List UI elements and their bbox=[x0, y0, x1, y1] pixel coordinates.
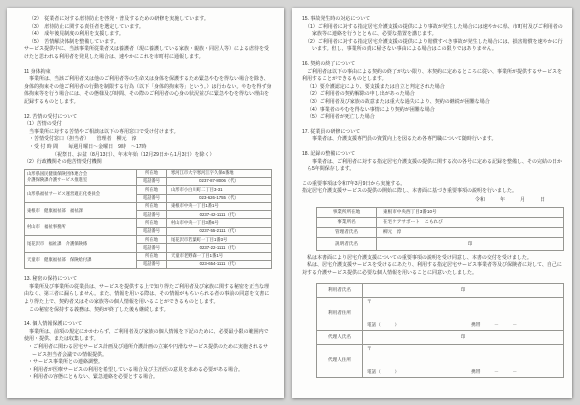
section-18-body: 事業者は、ご利用者に対する指定居宅介護支援の提供に関する次の各号に定める記録を整… bbox=[302, 159, 563, 174]
tel-value-cell: 0237-87-8006（代） bbox=[167, 177, 272, 185]
addr-value-cell: 村山市中央一丁目3番6号 bbox=[167, 219, 272, 227]
signature-table: 利用者氏名 印 利用者住所 〒 電話（ ） 携帯 － － 代理人氏名 bbox=[316, 283, 564, 378]
provider-value-cell: 在宅ケアサポート こもれび bbox=[377, 217, 564, 227]
agent-name-label-cell: 代理人氏名 bbox=[317, 330, 363, 344]
agency-row: 天童市 健康福祉部 保険給付課 所在地 天童市老野森一丁目1番1号 bbox=[25, 252, 272, 260]
postal-mark: 〒 bbox=[367, 299, 559, 306]
section-14-item: ・利用者の容態にともない、緊急連絡を必要とする場合。 bbox=[24, 374, 272, 382]
addr-value-cell: 東根市中央一丁目1番1号 bbox=[167, 202, 272, 210]
page-left: （2） 従業者に対する虐待防止を啓発・普及するための研修を実施しています。 （3… bbox=[7, 8, 284, 398]
section-13-title: 13. 秘密の保持について bbox=[24, 276, 272, 284]
mobile-blank-label: 携帯 － － bbox=[471, 322, 517, 329]
user-addr-label-cell: 利用者住所 bbox=[317, 297, 363, 330]
agency-org: 天童市 健康福祉部 保険給付課 bbox=[25, 252, 137, 269]
section-16-item: （2）ご利用者の契約解除の申し出があった場合 bbox=[302, 91, 563, 99]
addr-label-cell: 所在地 bbox=[137, 169, 167, 177]
section-13-p1: 事業所及び事業所の従業員は、サービスを提供する上で知り得たご利用者及び家族に関す… bbox=[24, 284, 272, 307]
agency-row: 尾花沢市 福祉課 介護保険係 所在地 尾花沢市若葉町一丁目1番3号 bbox=[25, 236, 272, 244]
section-12-sub2-title: （2）行政機関その他苦情受付機関 bbox=[24, 159, 272, 167]
agency-row: 山形県福祉サービス運営適正化委員会 所在地 山形市小白川町二丁目3-31 bbox=[25, 186, 272, 194]
provider-row: 事業所名 在宅ケアサポート こもれび bbox=[317, 217, 564, 227]
provider-label-cell: 説明者氏名 bbox=[317, 237, 377, 250]
section-14-title: 14. 個人情報保護について bbox=[24, 321, 272, 329]
provider-row: 説明者氏名 印 bbox=[317, 237, 564, 250]
provider-row: 事業所所在地 東根市中央西丁目3番10号 bbox=[317, 207, 564, 217]
complaint-window-line: ・苦情受付窓口（担当者） 管理者 柳元 淳 bbox=[24, 136, 272, 144]
section-14-intro: 事業所は、前項の規定にかかわらず、ご利用者及び家族の個人情報を下記のために、必要… bbox=[24, 329, 272, 344]
agency-row: 山形県国民健康保険団体連合会 介護保険課介護サービス推進室 所在地 寒河江市大字… bbox=[25, 169, 272, 177]
tel-value-cell: 023-654-1111（代） bbox=[167, 260, 272, 268]
agency-org: 尾花沢市 福祉課 介護保険係 bbox=[25, 236, 137, 253]
tel-value-cell: 023-626-1755（代） bbox=[167, 194, 272, 202]
agency-org: 山形県福祉サービス運営適正化委員会 bbox=[25, 186, 137, 203]
agent-addr-label-cell: 代理人住所 bbox=[317, 344, 363, 377]
tel-blank-label: 電話（ ） bbox=[367, 322, 399, 329]
provider-label-cell: 事業所所在地 bbox=[317, 207, 377, 217]
scanned-document-viewer: { "document": { "left_page": { "abuse_pr… bbox=[0, 0, 580, 405]
provider-label-cell: 事業所名 bbox=[317, 217, 377, 227]
addr-label-cell: 所在地 bbox=[137, 186, 167, 194]
signature-row: 利用者氏名 印 bbox=[317, 283, 564, 297]
tel-value-cell: 0237-42-1111（代） bbox=[167, 211, 272, 219]
section-15-item: （1）ご利用者に対する指定居宅介護支援の提供により事故が発生した場合には速やかに… bbox=[302, 24, 563, 39]
abuse-item: （4） 成年後見制度の利用を支援します。 bbox=[24, 31, 272, 39]
seal-mark: 印 bbox=[363, 283, 564, 297]
signature-row: 利用者住所 〒 電話（ ） 携帯 － － bbox=[317, 297, 564, 330]
postal-mark: 〒 bbox=[367, 346, 559, 353]
complaint-hours-note: （祝祭日、お盆（8月13日）、年末年始（12月29日から1月3日）を除く） bbox=[24, 152, 272, 160]
section-12-title: 12. 苦情の受付について bbox=[24, 114, 272, 122]
section-17-body: 事業者は、介護支援専門員の資質向上を図るため各専門職について随時行います。 bbox=[302, 136, 563, 144]
section-14-item: ・サービス事業所との連絡調整。 bbox=[24, 359, 272, 367]
tel-value-cell: 0237-22-1111（代） bbox=[167, 244, 272, 252]
page-right: 15. 事故発生時の対応について （1）ご利用者に対する指定居宅介護支援の提供に… bbox=[292, 8, 572, 398]
tel-label-cell: 電話番号 bbox=[137, 244, 167, 252]
tel-value-cell: 0237-55-2111（代） bbox=[167, 227, 272, 235]
section-15-item: （2）ご利用者に対する指定居宅介護支援の提供により賠償すべき事故が発生した場合に… bbox=[302, 39, 563, 54]
tel-label-cell: 電話番号 bbox=[137, 177, 167, 185]
addr-label-cell: 所在地 bbox=[137, 202, 167, 210]
section-11-body: 事業所は、当該ご利用者又は他のご利用者等の生命又は身体を保護するため緊急やむを得… bbox=[24, 76, 272, 106]
mobile-blank-label: 携帯 － － bbox=[471, 369, 517, 376]
addr-label-cell: 所在地 bbox=[137, 252, 167, 260]
tel-label-cell: 電話番号 bbox=[137, 194, 167, 202]
seal-mark: 印 bbox=[377, 237, 564, 250]
agency-table: 山形県国民健康保険団体連合会 介護保険課介護サービス推進室 所在地 寒河江市大字… bbox=[24, 169, 272, 270]
section-18-title: 18. 記録の整備について bbox=[302, 151, 563, 159]
addr-value-cell: 天童市老野森一丁目1番1号 bbox=[167, 252, 272, 260]
section-15-title: 15. 事故発生時の対応について bbox=[302, 16, 563, 24]
tel-blank-label: 電話（ ） bbox=[367, 369, 399, 376]
agency-org: 村山市 福祉事務所 bbox=[25, 219, 137, 236]
addr-value-cell: 尾花沢市若葉町一丁目1番3号 bbox=[167, 236, 272, 244]
provider-row: 管理者氏名 柳元 淳 bbox=[317, 227, 564, 237]
section-16-intro: ご利用者は以下の事由による契約の終了がない限り、本契約に定めるところに従い、事業… bbox=[302, 69, 563, 84]
abuse-note: サービス提供中に、当該事業所従業者又は養護者（現に養護している家族・親族・同居人… bbox=[24, 46, 272, 61]
section-16-item: （5）ご利用者が死亡した場合 bbox=[302, 114, 563, 122]
tel-label-cell: 電話番号 bbox=[137, 227, 167, 235]
section-12-sub1-title: （1）苦情の受付 bbox=[24, 121, 272, 129]
complaint-hours-line: ・受 付 時 間 毎週月曜日～金曜日 9時 ～17時 bbox=[24, 144, 272, 152]
provider-value-cell: 柳元 淳 bbox=[377, 227, 564, 237]
seal-mark: 印 bbox=[363, 330, 564, 344]
explanation-statement-line: 指定居宅介護支援サービスの提供の開始に際し、本書面に基づき重要事項の説明を行いま… bbox=[302, 188, 563, 196]
section-16-item: （4）事業者のやむを得ない事情により契約が困難な場合 bbox=[302, 107, 563, 115]
tel-label-cell: 電話番号 bbox=[137, 211, 167, 219]
addr-value-cell: 寒河江市大字寒河江字久保6番地 bbox=[167, 169, 272, 177]
signature-row: 代理人氏名 印 bbox=[317, 330, 564, 344]
abuse-item: （2） 従業者に対する虐待防止を啓発・普及するための研修を実施しています。 bbox=[24, 16, 272, 24]
user-name-label-cell: 利用者氏名 bbox=[317, 283, 363, 297]
tel-label-cell: 電話番号 bbox=[137, 260, 167, 268]
section-14-item: ・ご利用者に関わる居宅サービス計画及び通所介護計画の立案や円滑なサービス提供のた… bbox=[24, 344, 272, 359]
agency-org: 東根市 健康福祉部 福祉課 bbox=[25, 202, 137, 219]
section-16-title: 16. 契約の終了について bbox=[302, 61, 563, 69]
signature-row: 代理人住所 〒 電話（ ） 携帯 － － bbox=[317, 344, 564, 377]
addr-label-cell: 所在地 bbox=[137, 236, 167, 244]
addr-value-cell: 山形市小白川町二丁目3-31 bbox=[167, 186, 272, 194]
agency-row: 東根市 健康福祉部 福祉課 所在地 東根市中央一丁目1番1号 bbox=[25, 202, 272, 210]
agency-org: 山形県国民健康保険団体連合会 介護保険課介護サービス推進室 bbox=[25, 169, 137, 186]
consent-paragraph: 私は、居宅介護支援サービスを受けるにあたり、利用する指定居宅サービス事業者等及び… bbox=[302, 262, 563, 277]
provider-label-cell: 管理者氏名 bbox=[317, 227, 377, 237]
era-date-blank-line: 令和 年 月 日 bbox=[302, 196, 563, 205]
agent-addr-value-cell: 〒 電話（ ） 携帯 － － bbox=[363, 344, 564, 377]
provider-value-cell: 東根市中央西丁目3番10号 bbox=[377, 207, 564, 217]
addr-label-cell: 所在地 bbox=[137, 219, 167, 227]
section-16-item: （3）ご利用者及び家族の故意または重大な過失により、契約の継続が困難な場合 bbox=[302, 99, 563, 107]
user-addr-value-cell: 〒 電話（ ） 携帯 － － bbox=[363, 297, 564, 330]
section-13-p2: この秘密を保持する義務は、契約が終了した後も継続します。 bbox=[24, 307, 272, 315]
provider-info-table: 事業所所在地 東根市中央西丁目3番10号 事業所名 在宅ケアサポート こもれび … bbox=[316, 207, 564, 251]
agency-row: 村山市 福祉事務所 所在地 村山市中央一丁目3番6号 bbox=[25, 219, 272, 227]
